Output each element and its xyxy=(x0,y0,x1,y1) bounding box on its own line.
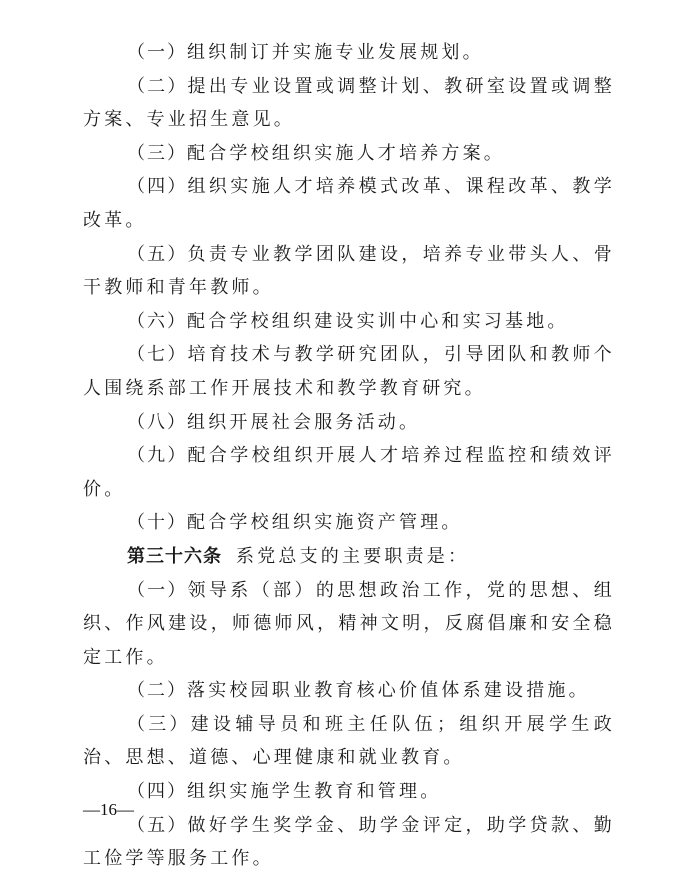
item-number: （五） xyxy=(127,244,188,265)
item-number: （一） xyxy=(127,580,188,601)
article-heading: 第三十六条系党总支的主要职责是： xyxy=(83,540,615,574)
item-text: 落实校园职业教育核心价值体系建设措施。 xyxy=(187,680,590,701)
item-number: （四） xyxy=(127,176,188,197)
duty-item-3: （三）配合学校组织实施人才培养方案。 xyxy=(83,137,615,171)
party-duty-item-4: （四）组织实施学生教育和管理。 xyxy=(83,775,615,809)
item-text: 配合学校组织实施资产管理。 xyxy=(187,512,463,533)
duty-item-1: （一）组织制订并实施专业发展规划。 xyxy=(83,36,615,70)
duty-item-8: （八）组织开展社会服务活动。 xyxy=(83,406,615,440)
item-number: （四） xyxy=(127,781,187,802)
item-number: （三） xyxy=(127,714,191,735)
party-duty-item-5: （五）做好学生奖学金、助学金评定，助学贷款、勤工俭学等服务工作。 xyxy=(83,809,615,876)
duty-item-7: （七）培育技术与教学研究团队，引导团队和教师个人围绕系部工作开展技术和教学教育研… xyxy=(83,338,615,405)
item-number: （三） xyxy=(127,143,187,164)
item-number: （十） xyxy=(127,512,187,533)
item-number: （一） xyxy=(127,42,187,63)
duty-item-9: （九）配合学校组织开展人才培养过程监控和绩效评价。 xyxy=(83,439,615,506)
duty-item-4: （四）组织实施人才培养模式改革、课程改革、教学改革。 xyxy=(83,170,615,237)
article-text: 系党总支的主要职责是： xyxy=(236,546,469,567)
item-number: （六） xyxy=(127,311,187,332)
party-duty-item-3: （三）建设辅导员和班主任队伍；组织开展学生政治、思想、道德、心理健康和就业教育。 xyxy=(83,708,615,775)
document-page: （一）组织制订并实施专业发展规划。 （二）提出专业设置或调整计划、教研室设置或调… xyxy=(0,0,680,887)
item-text: 组织制订并实施专业发展规划。 xyxy=(187,42,484,63)
party-duty-item-1: （一）领导系（部）的思想政治工作，党的思想、组织、作风建设，师德师风，精神文明，… xyxy=(83,574,615,675)
duty-item-5: （五）负责专业教学团队建设，培养专业带头人、骨干教师和青年教师。 xyxy=(83,238,615,305)
duty-item-2: （二）提出专业设置或调整计划、教研室设置或调整方案、专业招生意见。 xyxy=(83,70,615,137)
party-duty-item-2: （二）落实校园职业教育核心价值体系建设措施。 xyxy=(83,674,615,708)
document-body: （一）组织制订并实施专业发展规划。 （二）提出专业设置或调整计划、教研室设置或调… xyxy=(83,36,615,876)
item-number: （八） xyxy=(127,412,187,433)
item-number: （七） xyxy=(127,344,188,365)
item-text: 配合学校组织实施人才培养方案。 xyxy=(187,143,505,164)
duty-item-6: （六）配合学校组织建设实训中心和实习基地。 xyxy=(83,305,615,339)
item-number: （九） xyxy=(127,445,188,466)
item-text: 组织开展社会服务活动。 xyxy=(187,412,420,433)
page-number: —16— xyxy=(83,800,134,820)
article-title: 第三十六条 xyxy=(127,546,222,567)
duty-item-10: （十）配合学校组织实施资产管理。 xyxy=(83,506,615,540)
item-text: 配合学校组织建设实训中心和实习基地。 xyxy=(187,311,569,332)
item-number: （五） xyxy=(127,815,188,836)
item-number: （二） xyxy=(127,680,187,701)
item-number: （二） xyxy=(127,76,188,97)
item-text: 组织实施学生教育和管理。 xyxy=(187,781,441,802)
